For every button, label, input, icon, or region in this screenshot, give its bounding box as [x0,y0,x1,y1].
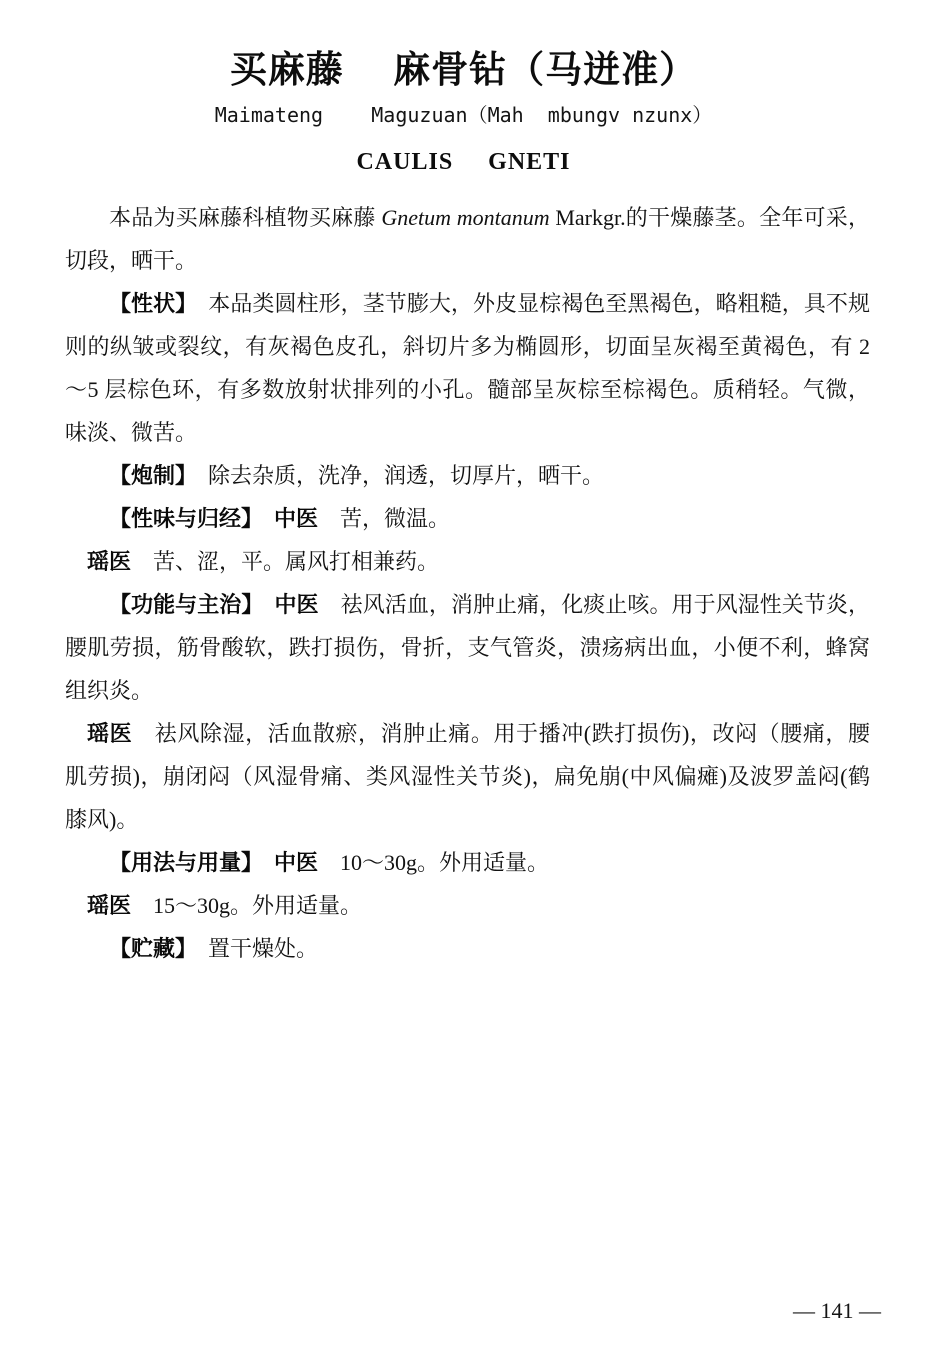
section-label: 【性味与归经】 [109,506,252,531]
paragraph: 【炮制】 除去杂质，洗净，润透，切厚片，晒干。 [65,454,870,497]
paragraph: 本品为买麻藤科植物买麻藤 Gnetum montanum Markgr.的干燥藤… [65,196,870,282]
paragraph: 瑶医 15～30g。外用适量。 [65,884,870,927]
section-label: 【贮藏】 [109,936,186,961]
text-run [252,506,274,531]
article-body: 本品为买麻藤科植物买麻藤 Gnetum montanum Markgr.的干燥藤… [65,196,870,970]
section-label: 【炮制】 [109,463,186,488]
paragraph: 【贮藏】 置干燥处。 [65,927,870,970]
text-run: 除去杂质，洗净，润透，切厚片，晒干。 [186,463,604,488]
page-number: — 141 — [793,1296,881,1326]
latin-binomial: Gnetum montanum [381,205,549,230]
section-label: 中医 [274,506,318,531]
document-page: 买麻藤 麻骨钻（马迸准） Maimateng Maguzuan（Mah mbun… [0,0,927,1353]
text-run: 苦，微温。 [318,506,450,531]
paragraph: 瑶医 祛风除湿，活血散瘀，消肿止痛。用于播冲(跌打损伤)，改闷（腰痛，腰肌劳损)… [65,712,870,841]
text-run: 苦、涩，平。属风打相兼药。 [131,549,439,574]
section-label: 瑶医 [87,893,131,918]
paragraph: 【性味与归经】 中医 苦，微温。 [65,497,870,540]
text-run: 15～30g。外用适量。 [131,893,362,918]
pinyin-line: Maimateng Maguzuan（Mah mbungv nzunx） [0,101,927,129]
section-label: 【用法与用量】 [109,850,252,875]
page-title: 买麻藤 麻骨钻（马迸准） [0,46,927,94]
paragraph: 【功能与主治】 中医 祛风活血，消肿止痛，化痰止咳。用于风湿性关节炎，腰肌劳损，… [65,583,870,712]
text-run: 置干燥处。 [186,936,318,961]
text-run [252,850,274,875]
section-label: 【功能与主治】 [109,592,252,617]
text-run: 祛风除湿，活血散瘀，消肿止痛。用于播冲(跌打损伤)，改闷（腰痛，腰肌劳损)，崩闭… [65,721,870,832]
text-run: 10～30g。外用适量。 [318,850,549,875]
paragraph: 【用法与用量】 中医 10～30g。外用适量。 [65,841,870,884]
latin-name: CAULIS GNETI [0,147,927,177]
text-run: 本品类圆柱形，茎节膨大，外皮显棕褐色至黑褐色，略粗糙，具不规则的纵皱或裂纹，有灰… [65,291,870,445]
section-label: 【性状】 [109,291,186,316]
text-run: 本品为买麻藤科植物买麻藤 [109,205,381,230]
section-label: 瑶医 [87,549,131,574]
section-label: 中医 [274,592,318,617]
paragraph: 【性状】 本品类圆柱形，茎节膨大，外皮显棕褐色至黑褐色，略粗糙，具不规则的纵皱或… [65,282,870,454]
section-label: 瑶医 [87,721,132,746]
text-run [252,592,274,617]
section-label: 中医 [274,850,318,875]
paragraph: 瑶医 苦、涩，平。属风打相兼药。 [65,540,870,583]
